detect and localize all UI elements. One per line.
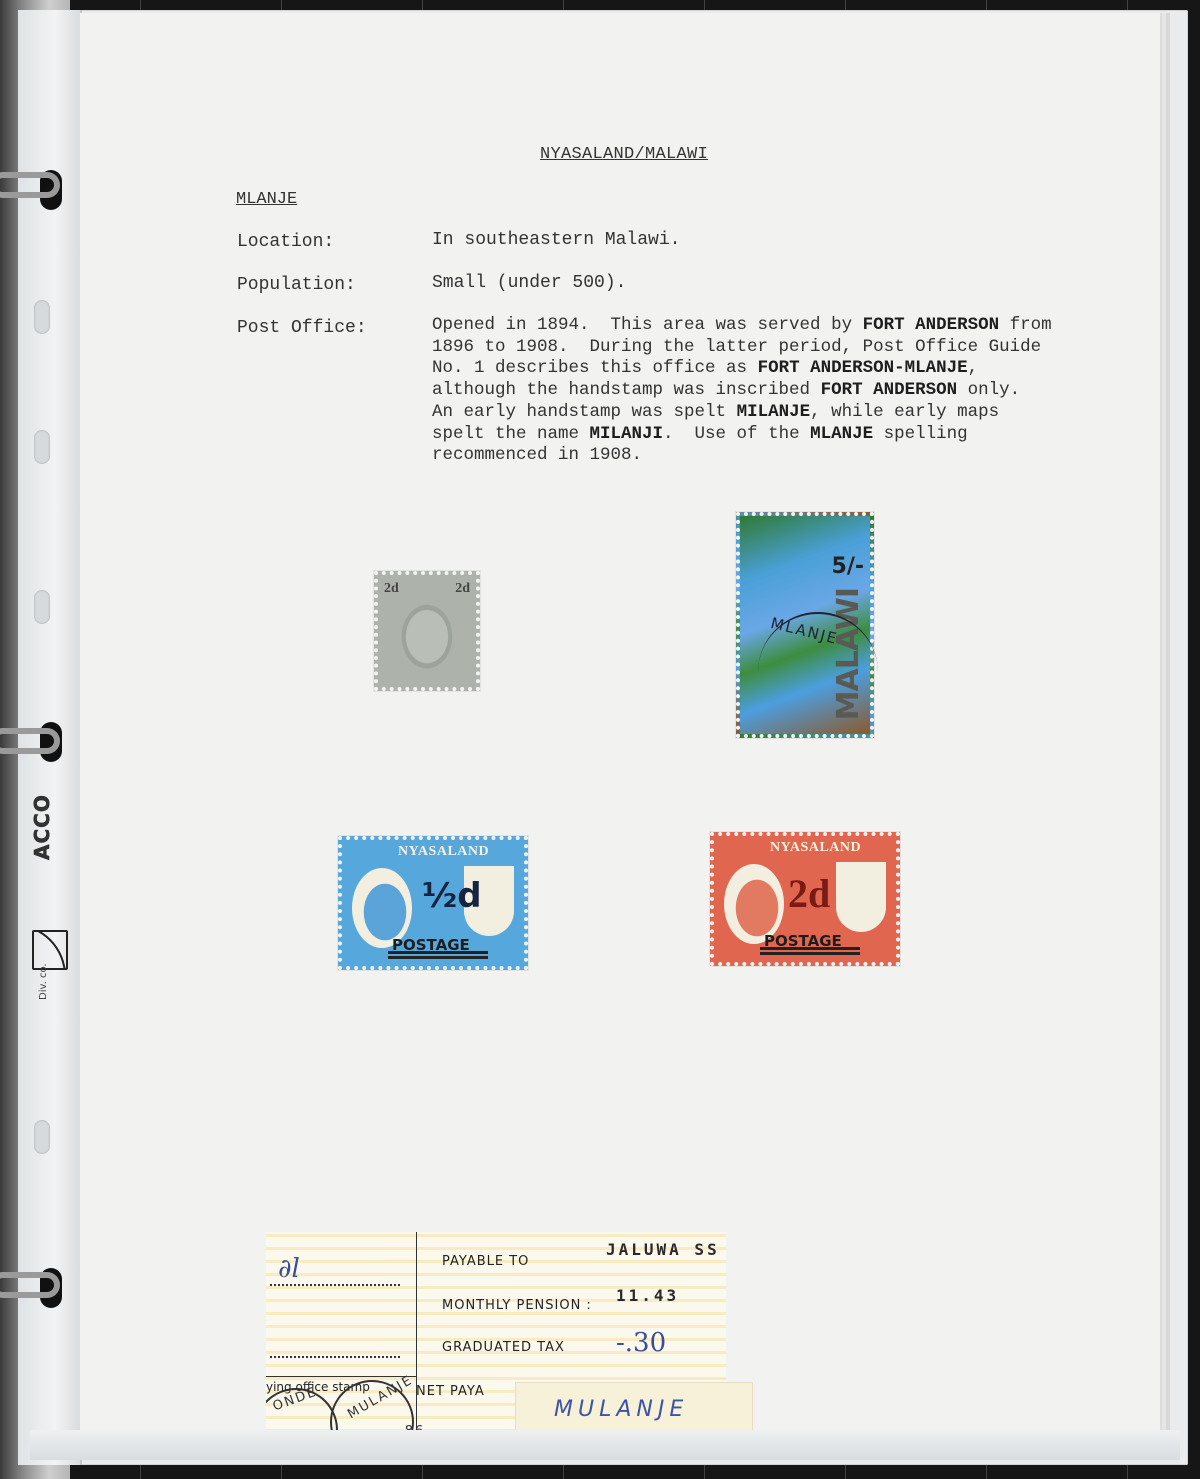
place-heading: MLANJE	[236, 190, 297, 209]
coat-of-arms	[836, 862, 886, 932]
punch-hole	[34, 430, 50, 464]
bold-placename: FORT ANDERSON	[863, 315, 1000, 335]
stamp-surcharge: ½d	[422, 876, 482, 916]
punch-hole	[34, 300, 50, 334]
bold-placename: FORT ANDERSON	[821, 380, 958, 400]
punch-hole	[34, 1120, 50, 1154]
stamp-nyasaland-red: NYASALAND 2d POSTAGE	[710, 832, 900, 966]
population-label: Population:	[237, 275, 356, 295]
binder-brand-label: ACCO	[30, 794, 54, 860]
slip-divider	[416, 1232, 417, 1442]
signature-line	[270, 1356, 400, 1358]
stamp-kgv-2d: 2d 2d	[374, 571, 480, 691]
text-segment: . Use of the	[663, 424, 810, 444]
graduated-tax-label: GRADUATED TAX	[442, 1340, 565, 1355]
punch-hole	[34, 590, 50, 624]
monthly-pension-value: 11.43	[616, 1286, 679, 1305]
graduated-tax-value: -.30	[616, 1328, 666, 1358]
slip-rule	[266, 1376, 416, 1377]
bold-placename: MLANJE	[810, 424, 873, 444]
location-value: In southeastern Malawi.	[432, 230, 680, 250]
population-value: Small (under 500).	[432, 273, 626, 293]
signature-line	[270, 1284, 400, 1286]
post-office-label: Post Office:	[237, 318, 367, 338]
stamp-surcharge: 2d	[788, 870, 830, 917]
album-page	[80, 13, 1160, 1443]
stamp-country: NYASALAND	[770, 840, 861, 856]
stamp-denomination: 5/-	[832, 554, 864, 579]
binder-ring-icon[interactable]	[0, 728, 60, 754]
post-office-description: Opened in 1894. This area was served by …	[432, 315, 1062, 467]
stamp-overprint: POSTAGE	[764, 932, 842, 950]
monthly-pension-label: MONTHLY PENSION :	[442, 1298, 592, 1313]
text-segment: Opened in 1894. This area was served by	[432, 315, 863, 335]
binder-sub-label: Div. co.	[38, 963, 49, 1000]
bold-placename: MILANJI	[590, 424, 664, 444]
net-payable-label: NET PAYA	[416, 1384, 485, 1399]
payee-label: PAYABLE TO	[442, 1254, 529, 1269]
obliterating-bars	[760, 952, 860, 955]
sleeve-bottom-edge	[30, 1430, 1180, 1460]
stamp-country: NYASALAND	[398, 844, 489, 860]
location-label: Location:	[237, 232, 334, 252]
place-name-handwritten: MULANJE	[554, 1397, 688, 1422]
denomination-right: 2d	[455, 581, 470, 597]
bold-placename: FORT ANDERSON-MLANJE	[758, 358, 968, 378]
binder-ring-icon[interactable]	[0, 172, 60, 198]
payee-value: JALUWA SS	[606, 1240, 720, 1259]
stamp-nyasaland-blue: NYASALAND ½d POSTAGE	[338, 836, 528, 970]
handwritten-initials: ∂l	[278, 1254, 300, 1284]
binder-ring-icon[interactable]	[0, 1272, 60, 1298]
country-heading: NYASALAND/MALAWI	[540, 145, 708, 164]
stamp-malawi-5s: 5/- MALAWI MLANJE	[736, 512, 874, 738]
bold-placename: MILANJE	[737, 402, 811, 422]
denomination-left: 2d	[384, 581, 399, 597]
obliterating-bars	[388, 956, 488, 959]
stamp-overprint: POSTAGE	[392, 936, 470, 954]
